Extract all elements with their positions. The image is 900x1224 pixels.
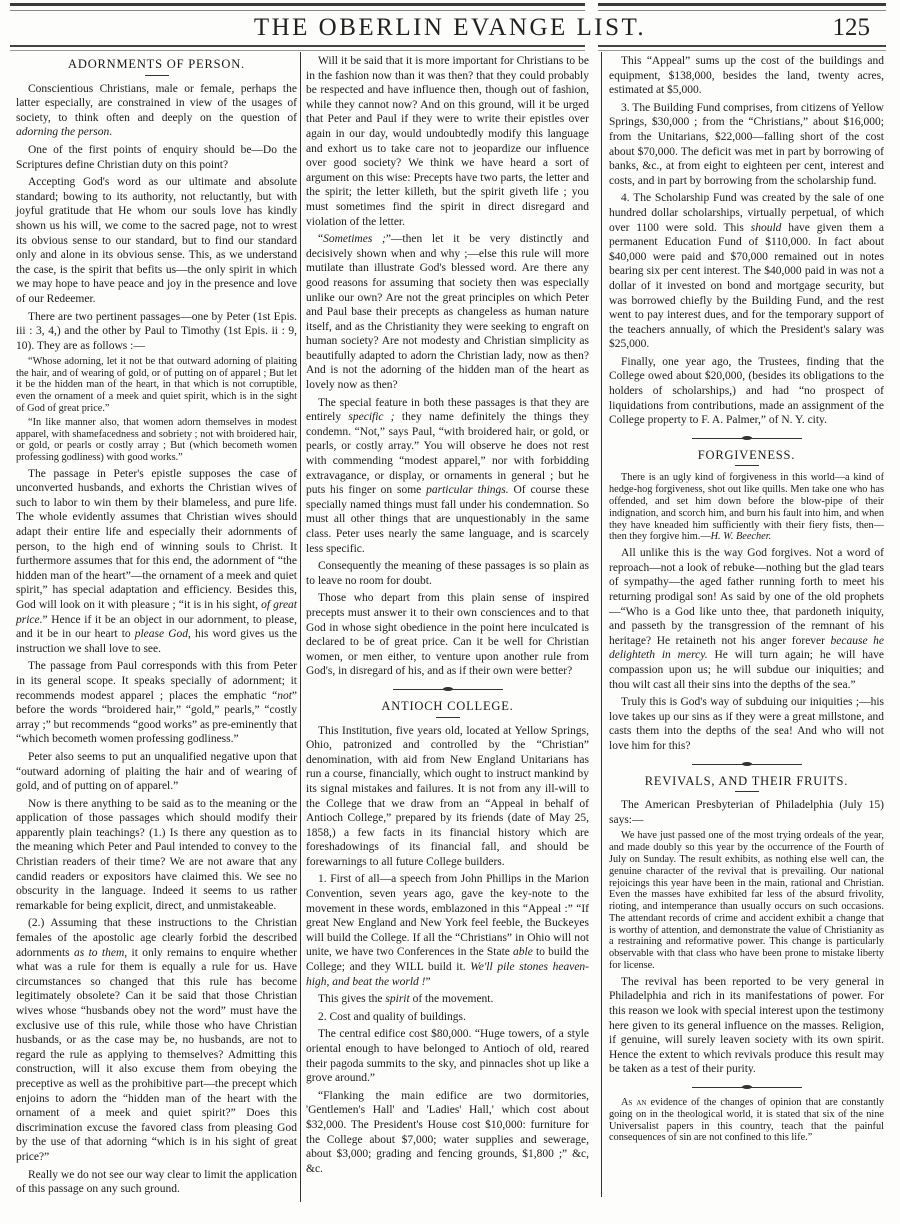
paragraph: Conscientious Christians, male or female…	[16, 82, 297, 140]
paragraph: This “Appeal” sums up the cost of the bu…	[609, 54, 884, 98]
paragraph: There are two pertinent passages—one by …	[16, 310, 297, 354]
article-heading-forgiveness: FORGIVENESS.	[609, 448, 884, 463]
quoted-paragraph: We have just passed one of the most tryi…	[609, 830, 884, 972]
paragraph: 3. The Building Fund comprises, from cit…	[609, 101, 884, 189]
paragraph: Finally, one year ago, the Trustees, fin…	[609, 355, 884, 428]
column-2: Will it be said that it is more importan…	[306, 54, 589, 1179]
header-rule-left	[10, 45, 585, 51]
article-heading-revivals: REVIVALS, AND THEIR FRUITS.	[609, 774, 884, 789]
paragraph: The revival has been reported to be very…	[609, 975, 884, 1077]
paragraph: The passage from Paul corresponds with t…	[16, 659, 297, 747]
paragraph: As an evidence of the changes of opinion…	[609, 1097, 884, 1144]
heading-rule	[735, 465, 759, 466]
paragraph: Those who depart from this plain sense o…	[306, 591, 589, 679]
paragraph: Peter also seems to put an unqualified n…	[16, 750, 297, 794]
paragraph: This Institution, five years old, locate…	[306, 724, 589, 870]
header-rule-right	[598, 45, 886, 51]
column-divider-2	[601, 52, 602, 1197]
paragraph: Really we do not see our way clear to li…	[16, 1168, 297, 1197]
paragraph: 1. First of all—a speech from John Phill…	[306, 872, 589, 989]
heading-rule	[436, 717, 460, 718]
paragraph: (2.) Assuming that these instructions to…	[16, 916, 297, 1164]
top-rule-left	[10, 3, 585, 11]
ornamental-divider	[692, 764, 802, 765]
ornamental-divider	[393, 689, 503, 690]
newspaper-title: THE OBERLIN EVANGE LIST.	[0, 14, 900, 42]
ornamental-divider	[692, 1087, 802, 1088]
paragraph: Accepting God's word as our ultimate and…	[16, 175, 297, 306]
article-heading-antioch: ANTIOCH COLLEGE.	[306, 699, 589, 714]
paragraph: Now is there anything to be said as to t…	[16, 797, 297, 914]
column-divider-1	[300, 52, 301, 1202]
paragraph: One of the first points of enquiry shoul…	[16, 143, 297, 172]
heading-rule	[735, 791, 759, 792]
heading-rule	[145, 75, 169, 76]
top-rule-right	[598, 3, 886, 11]
paragraph: Truly this is God's way of subduing our …	[609, 695, 884, 753]
paragraph: The central edifice cost $80,000. “Huge …	[306, 1027, 589, 1085]
masthead: THE OBERLIN EVANGE LIST. 125	[0, 14, 900, 40]
paragraph: Will it be said that it is more importan…	[306, 54, 589, 229]
paragraph: “Flanking the main edifice are two dormi…	[306, 1089, 589, 1177]
column-1: ADORNMENTS OF PERSON. Conscientious Chri…	[16, 54, 297, 1200]
scripture-quote-peter: “Whose adorning, let it not be that outw…	[16, 356, 297, 414]
paragraph: The passage in Peter's epistle supposes …	[16, 467, 297, 657]
ornamental-divider	[692, 438, 802, 439]
paragraph: There is an ugly kind of forgiveness in …	[609, 472, 884, 543]
scripture-quote-paul: “In like manner also, that women adorn t…	[16, 417, 297, 463]
paragraph: All unlike this is the way God forgives.…	[609, 546, 884, 692]
paragraph: The special feature in both these passag…	[306, 396, 589, 557]
paragraph: This gives the spirit of the movement.	[306, 992, 589, 1007]
paragraph: Consequently the meaning of these passag…	[306, 559, 589, 588]
article-heading-adornments: ADORNMENTS OF PERSON.	[16, 57, 297, 72]
column-3: This “Appeal” sums up the cost of the bu…	[609, 54, 884, 1147]
paragraph: The American Presbyterian of Philadelphi…	[609, 798, 884, 827]
paragraph: 2. Cost and quality of buildings.	[306, 1010, 589, 1025]
page-number: 125	[833, 14, 871, 42]
paragraph: 4. The Scholarship Fund was created by t…	[609, 191, 884, 352]
paragraph: “Sometimes ;”—then let it be very distin…	[306, 232, 589, 393]
